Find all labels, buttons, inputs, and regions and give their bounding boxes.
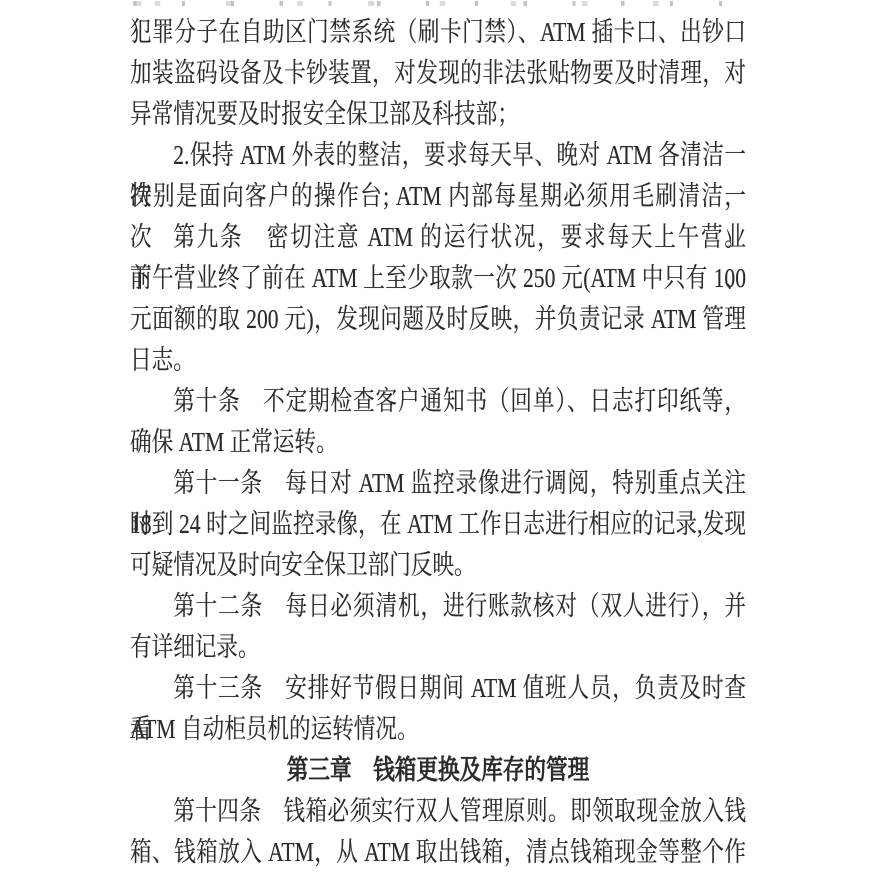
text-line-article-11: 第十一条 每日对 ATM 监控录像进行调阅，特别重点关注 18 — [130, 463, 746, 504]
chapter-heading: 第三章 钱箱更换及库存的管理 — [130, 750, 746, 791]
text-line-article-9: 第九条 密切注意 ATM 的运行状况，要求每天上午营业前、 — [130, 217, 746, 258]
text-line-article-10: 第十条 不定期检查客户通知书（回单）、日志打印纸等， — [130, 381, 746, 422]
document-text-column: 犯罪分子在自助区门禁系统（刷卡门禁）、ATM 插卡口、出钞口 加装盗码设备及卡钞… — [130, 0, 746, 872]
text-line-article-14: 第十四条 钱箱必须实行双人管理原则。即领取现金放入钱 — [130, 791, 746, 832]
text-line: 特别是面向客户的操作台; ATM 内部每星期必须用毛刷清洁一次。 — [130, 176, 746, 217]
text-line: 下午营业终了前在 ATM 上至少取款一次 250 元(ATM 中只有 100 — [130, 258, 746, 299]
text-line: 日志。 — [130, 340, 746, 381]
clipped-text-line-top — [130, 0, 746, 12]
text-line: 时到 24 时之间监控录像，在 ATM 工作日志进行相应的记录,发现 — [130, 504, 746, 545]
text-line: 异常情况要及时报安全保卫部及科技部； — [130, 94, 746, 135]
text-line: 有详细记录。 — [130, 627, 746, 668]
text-line: 可疑情况及时向安全保卫部门反映。 — [130, 545, 746, 586]
text-line: 确保 ATM 正常运转。 — [130, 422, 746, 463]
text-line: 元面额的取 200 元)，发现问题及时反映，并负责记录 ATM 管理 — [130, 299, 746, 340]
text-line: 2.保持 ATM 外表的整洁，要求每天早、晚对 ATM 各清洁一次， — [130, 135, 746, 176]
text-line: 箱、钱箱放入 ATM，从 ATM 取出钱箱，清点钱箱现金等整个作业 — [130, 832, 746, 872]
document-page: 犯罪分子在自助区门禁系统（刷卡门禁）、ATM 插卡口、出钞口 加装盗码设备及卡钞… — [0, 0, 872, 872]
text-line: ATM 自动柜员机的运转情况。 — [130, 709, 746, 750]
text-line: 加装盗码设备及卡钞装置，对发现的非法张贴物要及时清理，对 — [130, 53, 746, 94]
text-line-article-13: 第十三条 安排好节假日期间 ATM 值班人员，负责及时查看 — [130, 668, 746, 709]
text-line-article-12: 第十二条 每日必须清机，进行账款核对（双人进行），并 — [130, 586, 746, 627]
text-line: 犯罪分子在自助区门禁系统（刷卡门禁）、ATM 插卡口、出钞口 — [130, 12, 746, 53]
